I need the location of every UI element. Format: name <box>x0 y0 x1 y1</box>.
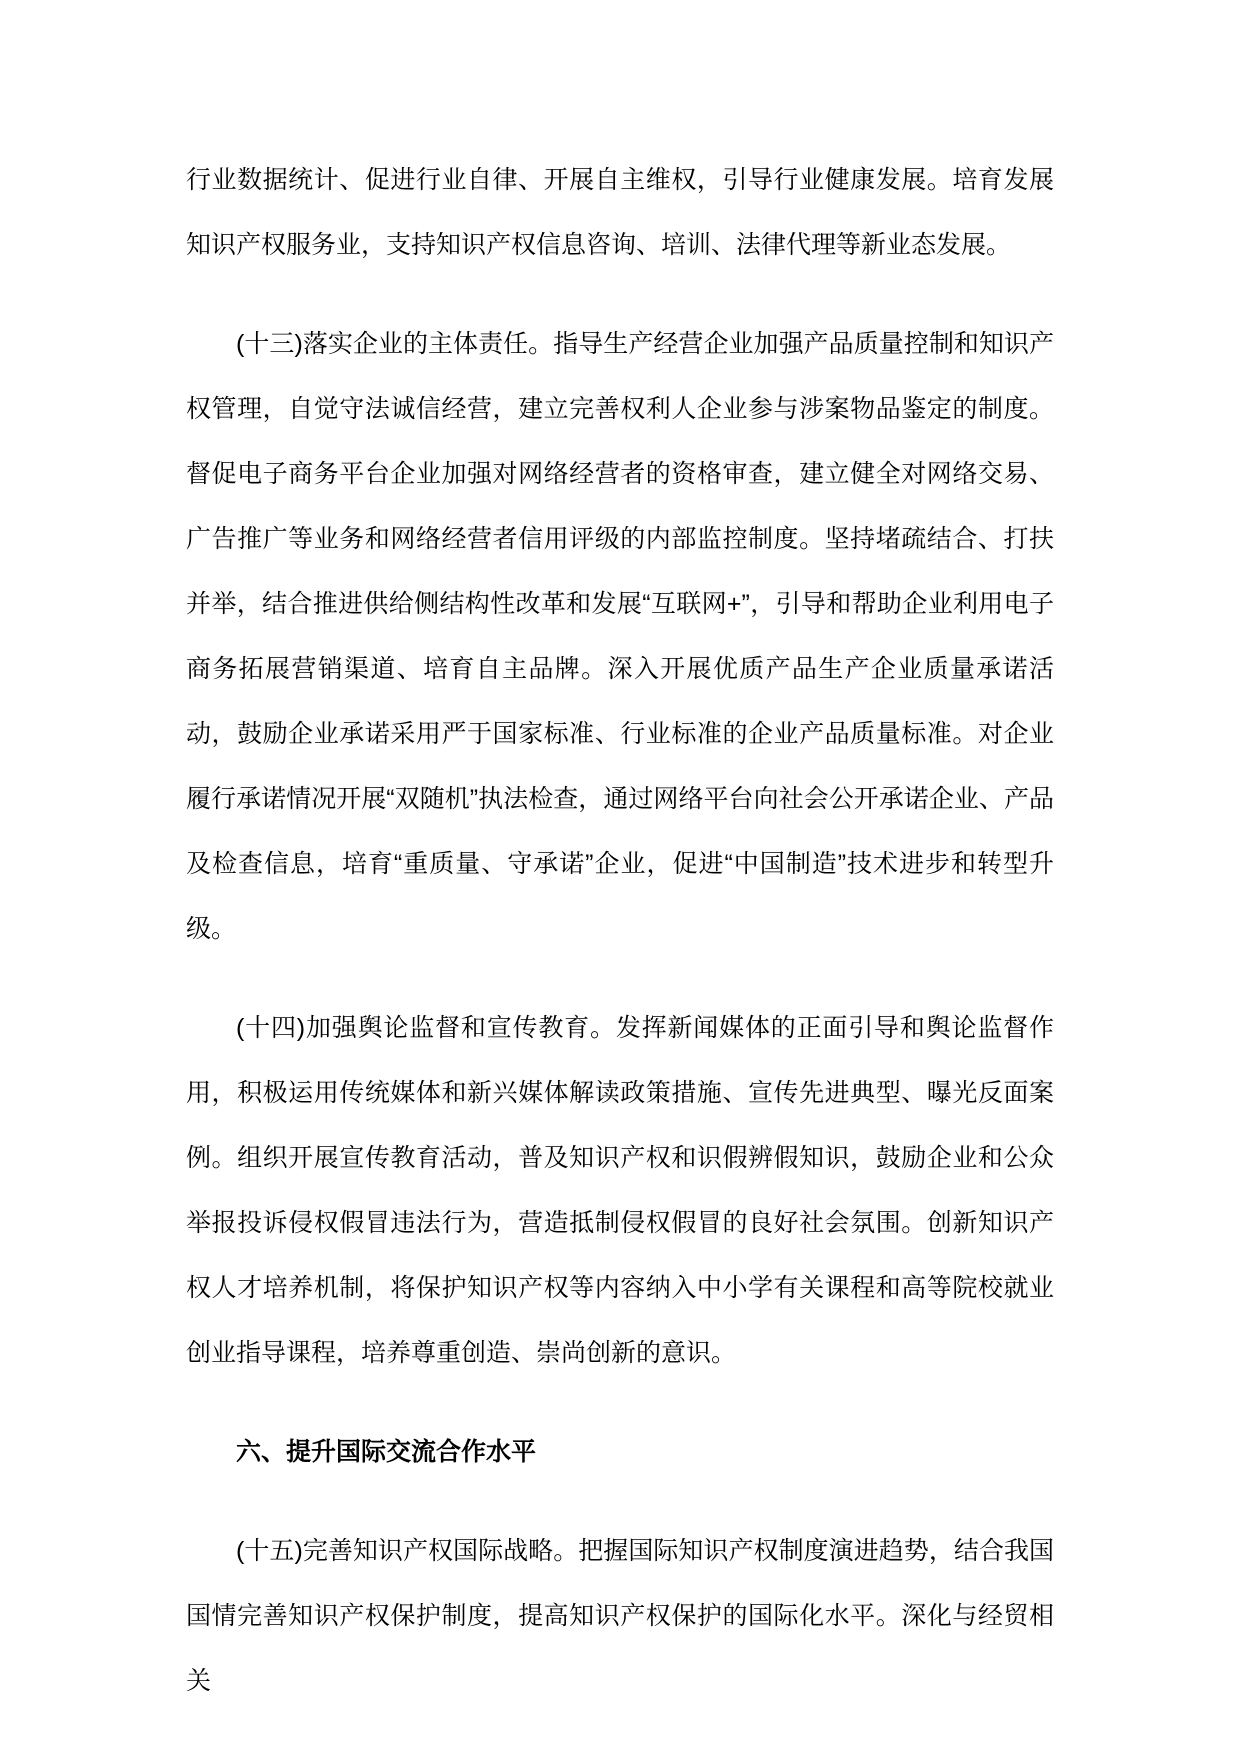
paragraph-item-13: (十三)落实企业的主体责任。指导生产经营企业加强产品质量控制和知识产权管理，自觉… <box>186 312 1054 962</box>
paragraph-continuation: 行业数据统计、促进行业自律、开展自主维权，引导行业健康发展。培育发展知识产权服务… <box>186 148 1054 278</box>
paragraph-item-14: (十四)加强舆论监督和宣传教育。发挥新闻媒体的正面引导和舆论监督作用，积极运用传… <box>186 996 1054 1386</box>
document-page: 行业数据统计、促进行业自律、开展自主维权，引导行业健康发展。培育发展知识产权服务… <box>0 0 1241 1754</box>
paragraph-item-15: (十五)完善知识产权国际战略。把握国际知识产权制度演进趋势，结合我国国情完善知识… <box>186 1519 1054 1714</box>
section-heading-6: 六、提升国际交流合作水平 <box>186 1420 1054 1485</box>
